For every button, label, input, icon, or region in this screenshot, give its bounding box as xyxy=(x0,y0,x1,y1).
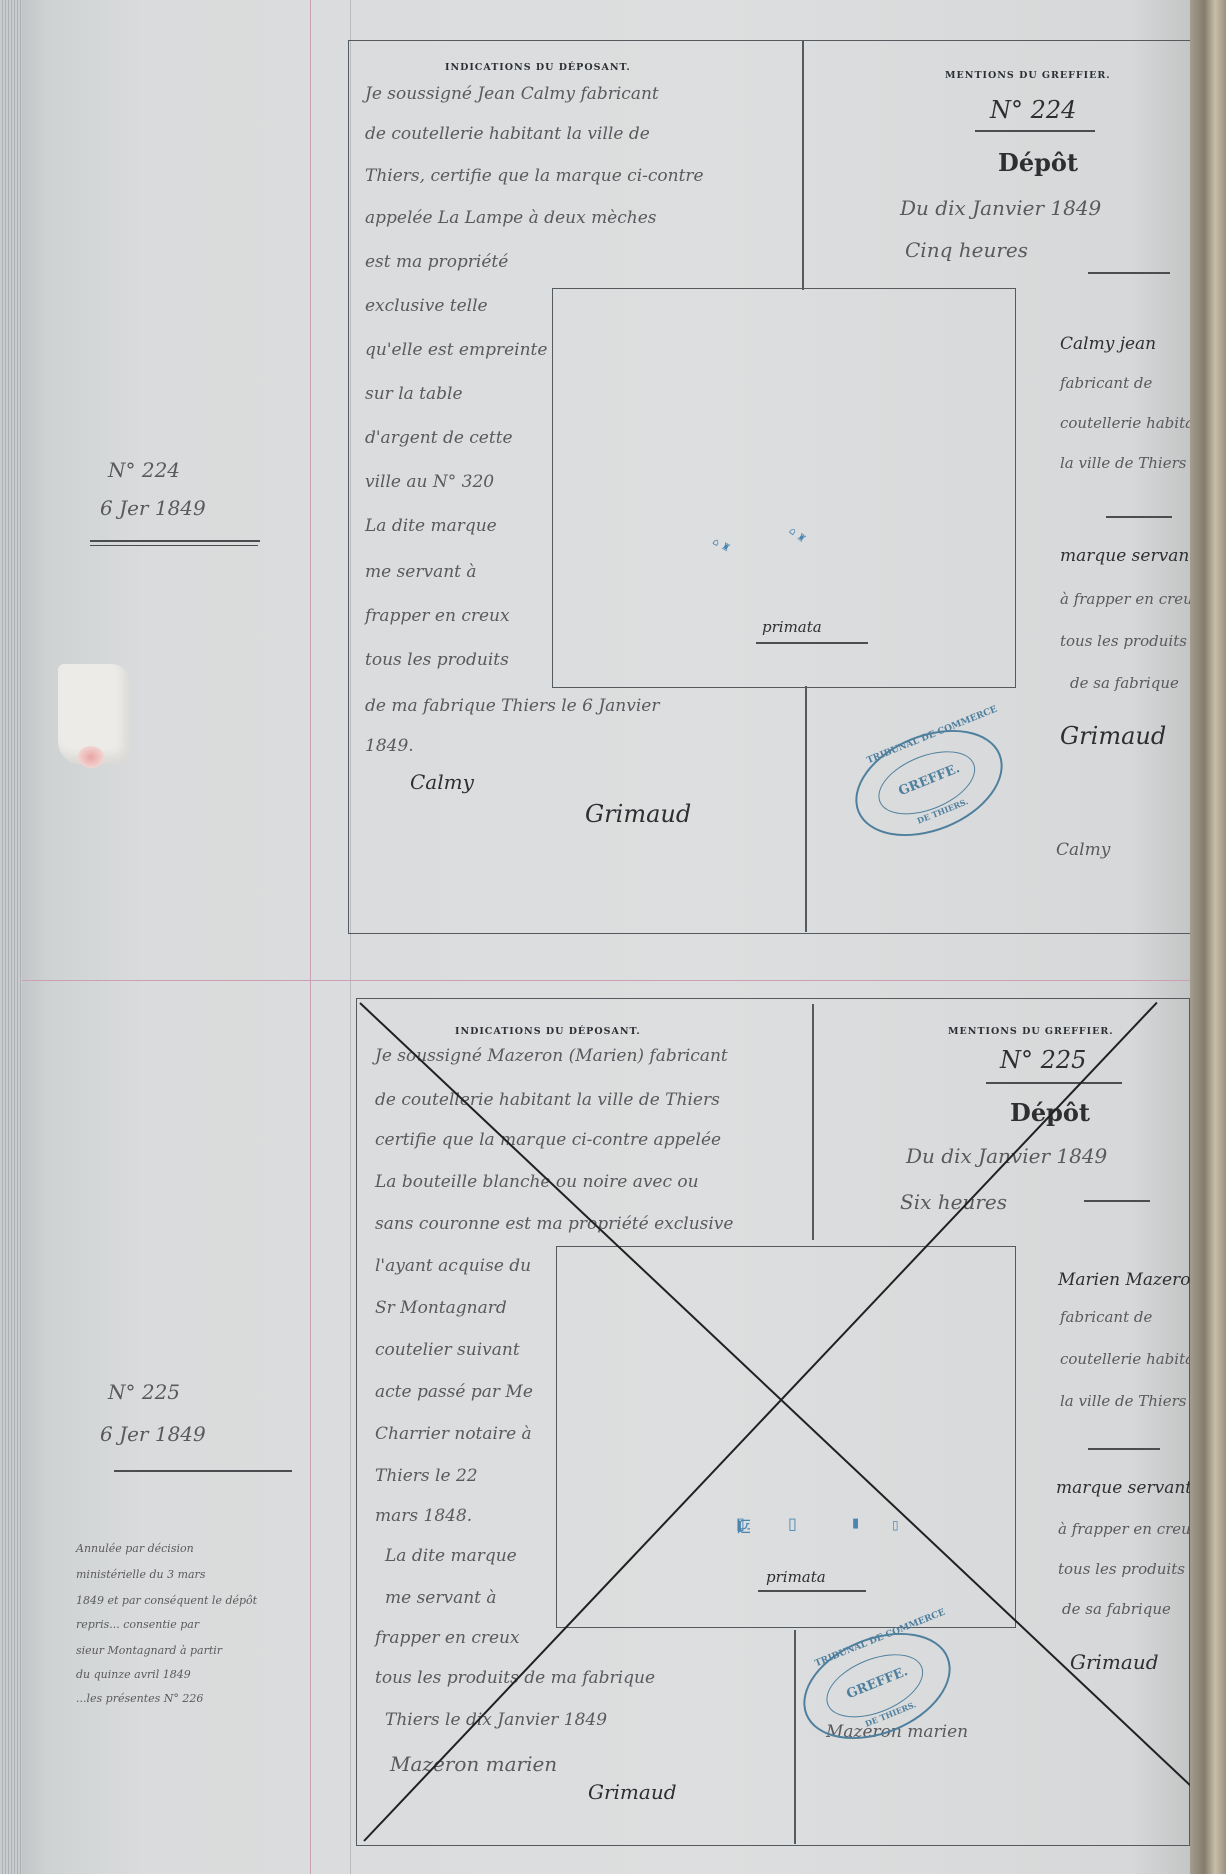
book-binding-edge xyxy=(1190,0,1226,1874)
margin-number: N° 224 xyxy=(108,458,180,482)
clerk-number-underline xyxy=(986,1082,1122,1084)
clerk-signature: Grimaud xyxy=(1060,722,1166,750)
mark-label-underline xyxy=(756,642,868,644)
margin-underline xyxy=(90,545,258,546)
register-page: N° 224 6 Jer 1849 INDICATIONS DU DÉPOSAN… xyxy=(0,0,1190,1874)
torn-paper-fragment xyxy=(58,664,130,764)
mark-label-underline xyxy=(758,1590,866,1592)
clerk-title: Dépôt xyxy=(998,148,1078,177)
clerk-time: Cinq heures xyxy=(905,238,1028,262)
clerk-number: N° 225 xyxy=(1000,1046,1086,1074)
entry-separator-rule xyxy=(22,980,1190,981)
clerk-separator xyxy=(1084,1200,1150,1202)
clerk-time: Six heures xyxy=(900,1190,1007,1214)
margin-date: 6 Jer 1849 xyxy=(100,496,206,520)
clerk-signature: Grimaud xyxy=(1070,1650,1159,1674)
margin-date: 6 Jer 1849 xyxy=(100,1422,206,1446)
bottle-mark-icon: ▯ xyxy=(736,1514,745,1533)
clerk-header: MENTIONS DU GREFFIER. xyxy=(948,1026,1114,1037)
margin-rule xyxy=(310,0,311,1874)
clerk-name-line: Calmy jean xyxy=(1060,334,1156,354)
mark-label: primata xyxy=(766,1568,826,1586)
column-divider xyxy=(802,40,804,290)
margin-number: N° 225 xyxy=(108,1380,180,1404)
clerk-name-line: Marien Mazeron xyxy=(1058,1270,1201,1290)
column-divider xyxy=(794,1630,796,1844)
clerk-signature: Grimaud xyxy=(588,1780,677,1804)
clerk-number-underline xyxy=(975,130,1095,132)
column-divider xyxy=(812,1004,814,1240)
bottle-mark-icon: ▯ xyxy=(788,1514,797,1533)
margin-underline xyxy=(90,540,260,542)
clerk-header: MENTIONS DU GREFFIER. xyxy=(945,70,1111,81)
clerk-date: Du dix Janvier 1849 xyxy=(900,196,1101,220)
clerk-number: N° 224 xyxy=(990,96,1076,124)
clerk-signature: Calmy xyxy=(1056,840,1110,860)
clerk-separator xyxy=(1088,272,1170,274)
clerk-date: Du dix Janvier 1849 xyxy=(906,1144,1107,1168)
depositor-header: INDICATIONS DU DÉPOSANT. xyxy=(445,62,631,73)
mark-label: primata xyxy=(762,618,822,636)
bottle-mark-icon: ▮ xyxy=(852,1516,859,1531)
depositor-signature: Mazeron marien xyxy=(390,1752,557,1776)
depositor-signature: Calmy xyxy=(410,770,474,794)
clerk-separator xyxy=(1088,1448,1160,1450)
clerk-separator xyxy=(1106,516,1172,518)
page-edge-left xyxy=(0,0,22,1874)
depositor-header: INDICATIONS DU DÉPOSANT. xyxy=(455,1026,641,1037)
clerk-signature: Grimaud xyxy=(585,800,691,828)
column-divider xyxy=(805,686,807,932)
margin-underline xyxy=(114,1470,292,1472)
bottle-mark-icon: ▯ xyxy=(892,1518,899,1532)
